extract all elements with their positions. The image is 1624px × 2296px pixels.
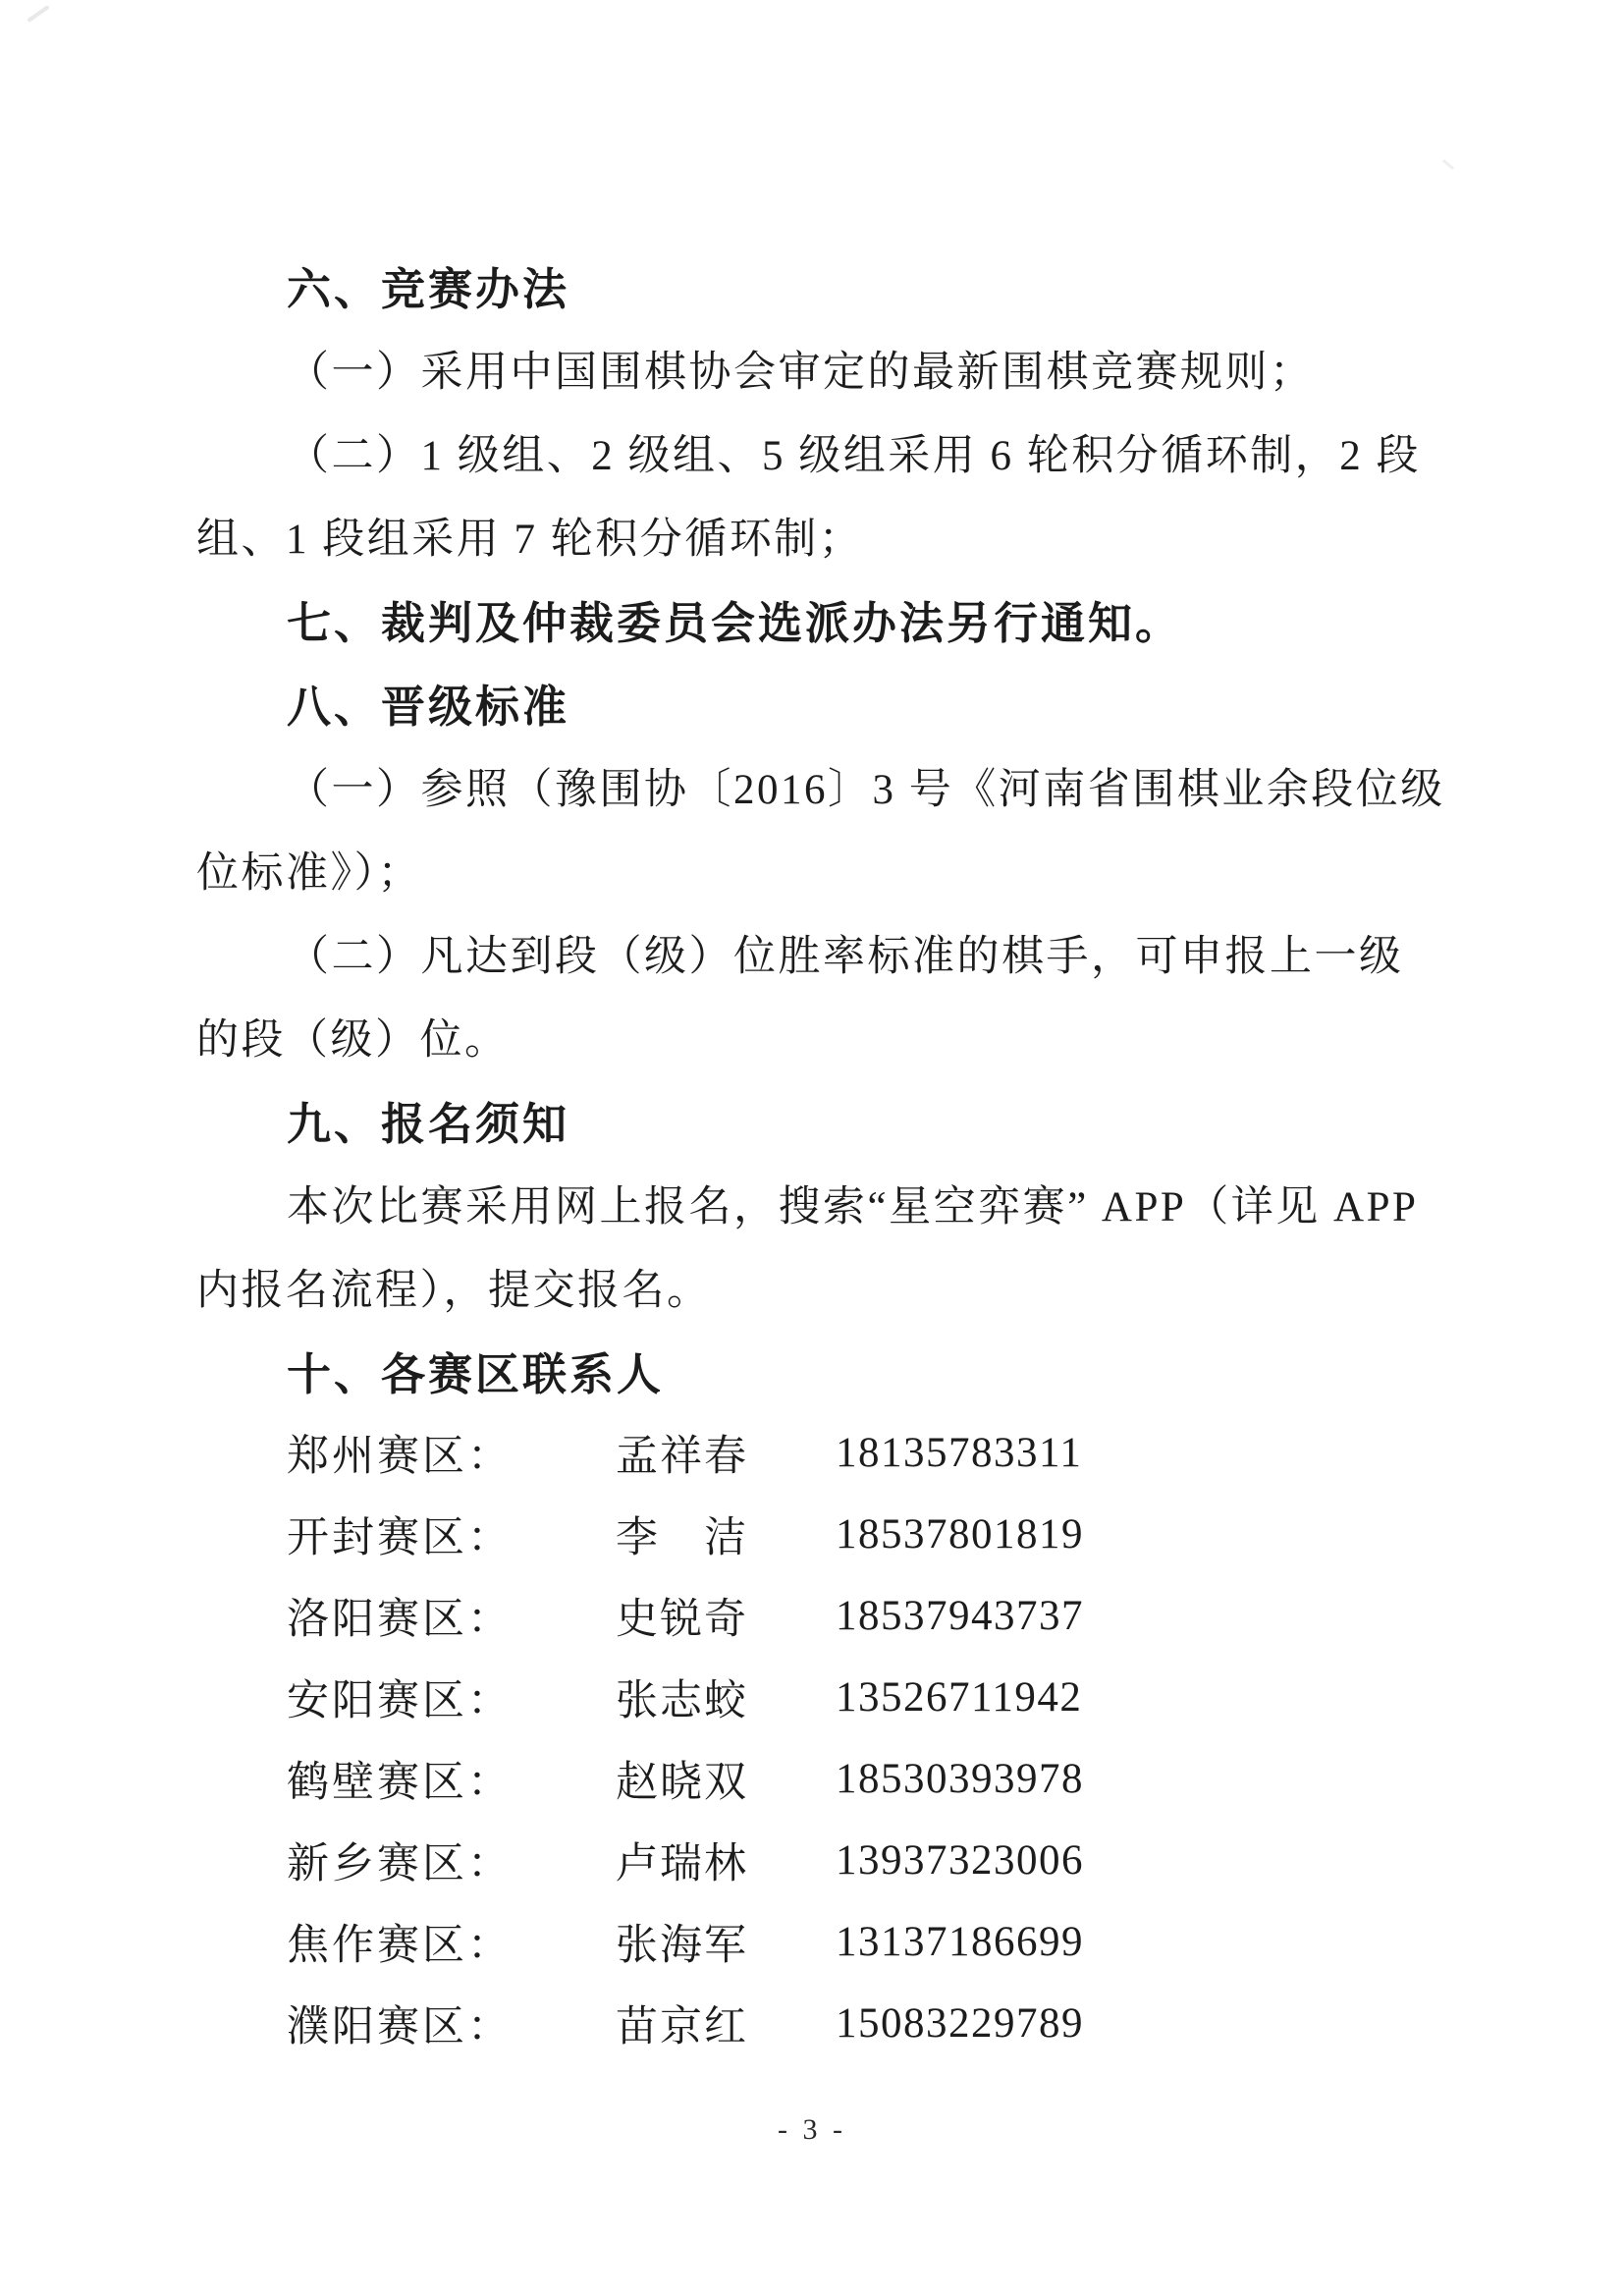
contact-region: 开封赛区： [287,1504,616,1564]
section8-item2-line1: （二）凡达到段（级）位胜率标准的棋手，可申报上一级 [196,911,1423,995]
contact-phone: 18537801819 [836,1510,1084,1558]
contact-row-kaifeng: 开封赛区： 李 洁 18537801819 [196,1494,1423,1575]
contact-name: 李 洁 [616,1504,836,1564]
section6-item2-line2: 组、1 段组采用 7 轮积分循环制； [196,494,1423,577]
document-page: 六、竞赛办法 （一）采用中国围棋协会审定的最新围棋竞赛规则； （二）1 级组、2… [0,0,1624,2296]
section8-item1-line2: 位标准》）； [196,828,1423,911]
contact-phone: 18530393978 [836,1755,1084,1803]
contact-region: 鹤壁赛区： [287,1749,616,1809]
contact-region: 焦作赛区： [287,1912,616,1972]
section9-heading: 九、报名须知 [196,1078,1423,1162]
contact-phone: 18135783311 [836,1429,1082,1477]
contact-name: 史锐奇 [616,1586,836,1646]
contact-region: 新乡赛区： [287,1831,616,1890]
contact-phone: 13937323006 [836,1836,1084,1885]
contact-row-anyang: 安阳赛区： 张志蛟 13526711942 [196,1657,1423,1738]
section10-heading: 十、各赛区联系人 [196,1329,1423,1412]
scan-artifact [27,5,50,23]
contact-phone: 15083229789 [836,1999,1084,2048]
contact-phone: 13526711942 [836,1673,1082,1722]
section8-item2-line2: 的段（级）位。 [196,995,1423,1078]
contact-row-luoyang: 洛阳赛区： 史锐奇 18537943737 [196,1575,1423,1657]
contact-phone: 13137186699 [836,1918,1084,1966]
contact-region: 洛阳赛区： [287,1586,616,1646]
section8-item1-line1: （一）参照（豫围协〔2016〕3 号《河南省围棋业余段位级 [196,744,1423,828]
contact-name: 孟祥春 [616,1423,836,1483]
contact-row-xinxiang: 新乡赛区： 卢瑞林 13937323006 [196,1820,1423,1901]
section9-body-line2: 内报名流程），提交报名。 [196,1245,1423,1329]
document-body: 六、竞赛办法 （一）采用中国围棋协会审定的最新围棋竞赛规则； （二）1 级组、2… [196,244,1423,2064]
contact-phone: 18537943737 [836,1592,1084,1640]
section9-body-line1: 本次比赛采用网上报名，搜索“星空弈赛” APP（详见 APP [196,1162,1423,1245]
section6-heading: 六、竞赛办法 [196,244,1423,327]
contact-name: 赵晓双 [616,1749,836,1809]
page-number: - 3 - [0,2113,1624,2147]
contact-row-hebi: 鹤壁赛区： 赵晓双 18530393978 [196,1738,1423,1820]
contact-region: 郑州赛区： [287,1423,616,1483]
contact-row-jiaozuo: 焦作赛区： 张海军 13137186699 [196,1901,1423,1983]
section6-item2-line1: （二）1 级组、2 级组、5 级组采用 6 轮积分循环制，2 段 [196,410,1423,494]
contact-region: 安阳赛区： [287,1667,616,1727]
contact-name: 卢瑞林 [616,1831,836,1890]
contact-name: 苗京红 [616,1994,836,2053]
contact-row-zhengzhou: 郑州赛区： 孟祥春 18135783311 [196,1412,1423,1494]
scan-artifact [1442,159,1455,170]
section6-item1: （一）采用中国围棋协会审定的最新围棋竞赛规则； [196,327,1423,410]
contact-region: 濮阳赛区： [287,1994,616,2053]
contact-name: 张志蛟 [616,1667,836,1727]
contact-name: 张海军 [616,1912,836,1972]
section7-heading: 七、裁判及仲裁委员会选派办法另行通知。 [196,577,1423,661]
contact-row-puyang: 濮阳赛区： 苗京红 15083229789 [196,1983,1423,2064]
section8-heading: 八、晋级标准 [196,661,1423,744]
